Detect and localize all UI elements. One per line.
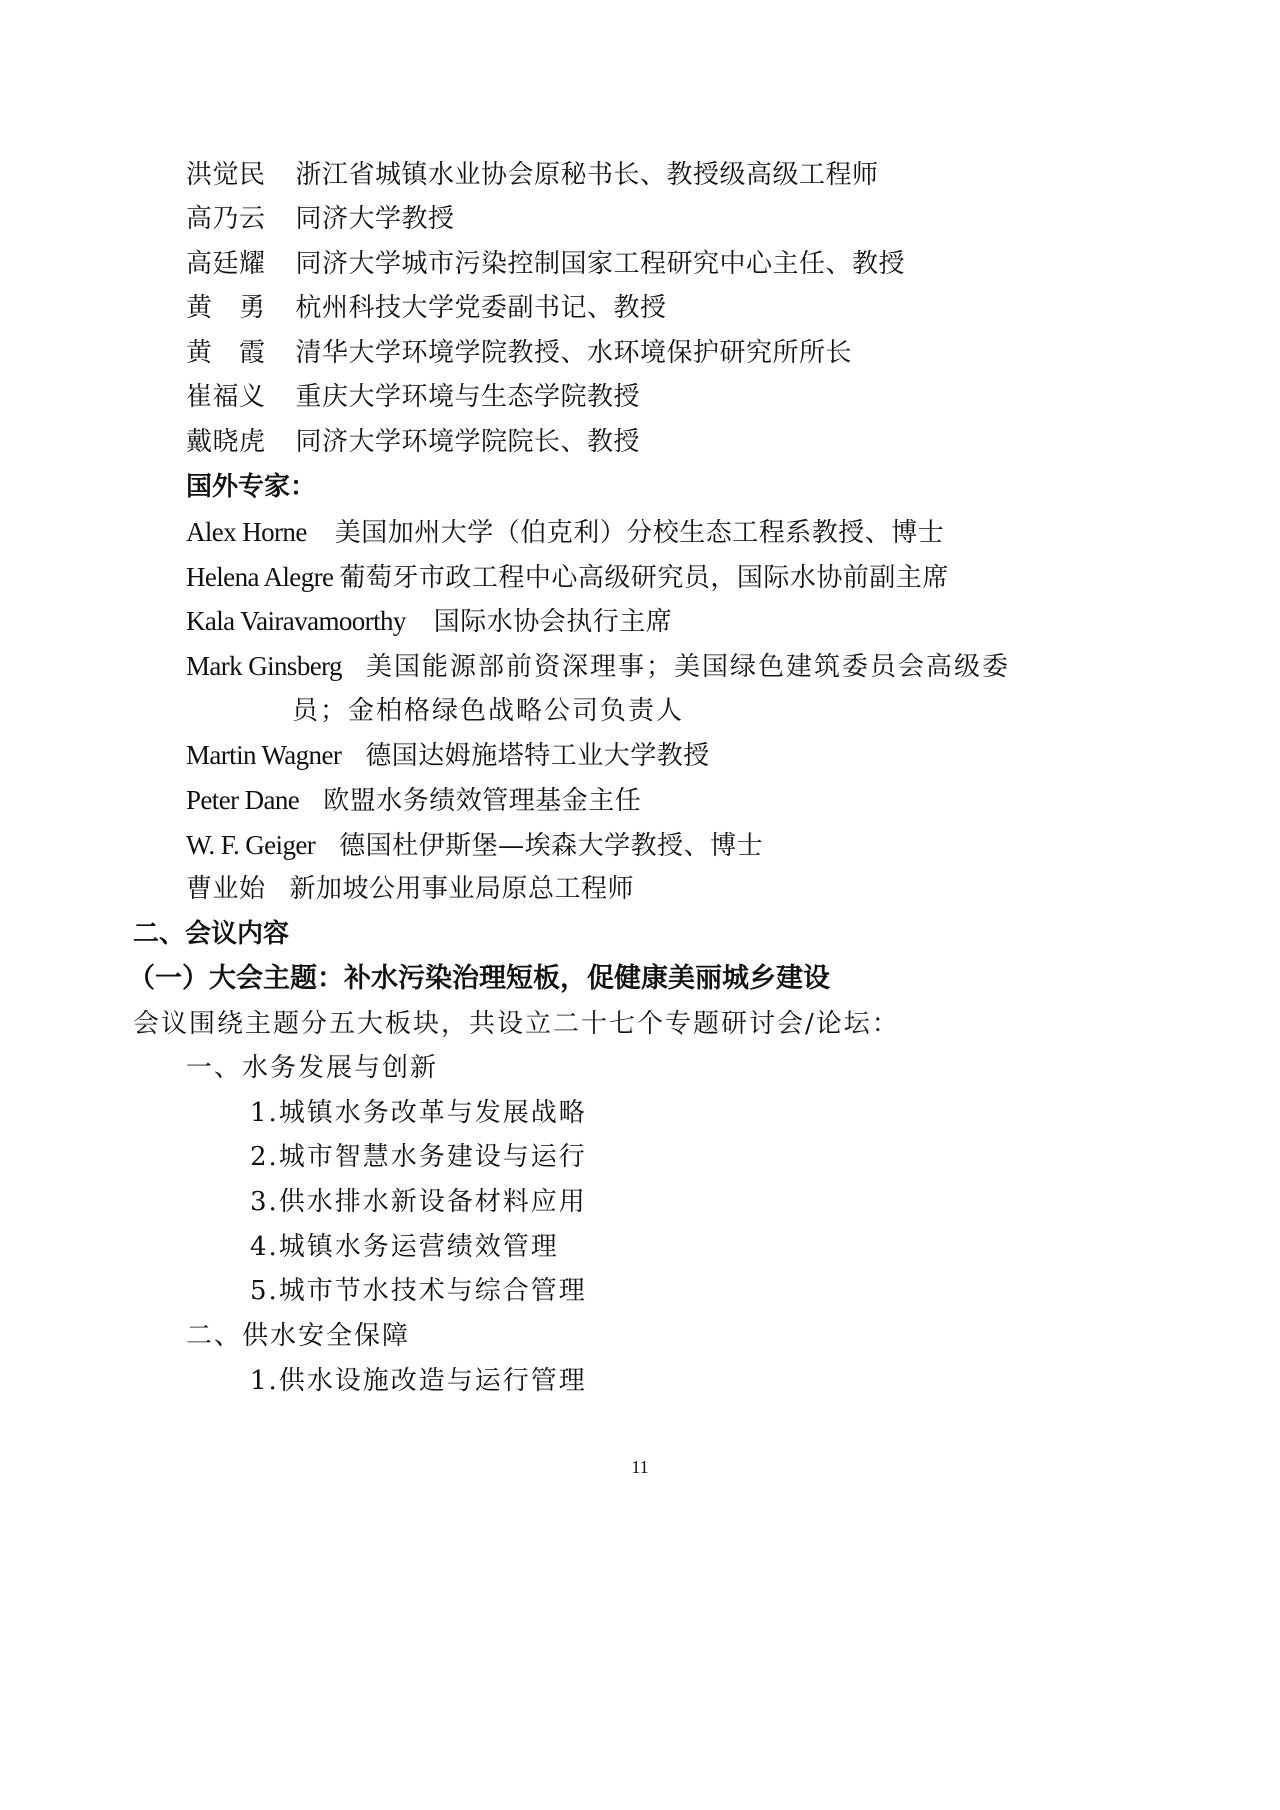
topic-item: 2.城市智慧水务建设与运行 [250, 1135, 587, 1179]
expert-title: 德国达姆施塔特工业大学教授 [365, 741, 710, 771]
expert-row: 崔福义重庆大学环境与生态学院教授 [186, 375, 640, 419]
page-number: 11 [0, 1455, 1280, 1479]
expert-name: Kala Vairavamoorthy [186, 606, 406, 636]
expert-row: Alex Horne美国加州大学（伯克利）分校生态工程系教授、博士 [186, 510, 944, 554]
expert-title: 欧盟水务绩效管理基金主任 [323, 786, 641, 816]
expert-name: 高乃云 [186, 204, 266, 234]
expert-name: Helena Alegre [186, 562, 333, 592]
expert-name: Mark Ginsberg [186, 651, 342, 681]
expert-title: 新加坡公用事业局原总工程师 [290, 874, 635, 904]
expert-title: 美国能源部前资深理事；美国绿色建筑委员会高级委 [366, 652, 1010, 682]
expert-title: 杭州科技大学党委副书记、教授 [296, 293, 667, 323]
document-page: 洪觉民浙江省城镇水业协会原秘书长、教授级高级工程师 高乃云同济大学教授 高廷耀同… [0, 0, 1280, 1810]
expert-name: Alex Horne [186, 517, 307, 547]
expert-row: W. F. Geiger德国杜伊斯堡—埃森大学教授、博士 [186, 823, 763, 867]
expert-title: 同济大学教授 [296, 204, 455, 234]
expert-row: Helena Alegre葡萄牙市政工程中心高级研究员，国际水协前副主席 [186, 555, 949, 599]
expert-title: 国际水协会执行主席 [434, 607, 673, 637]
expert-row: 黄 勇杭州科技大学党委副书记、教授 [186, 286, 667, 330]
section-subheading: （一）大会主题：补水污染治理短板，促健康美丽城乡建设 [128, 957, 830, 1001]
expert-name: 高廷耀 [186, 249, 266, 279]
expert-name: Martin Wagner [186, 740, 341, 770]
block-title: 二、供水安全保障 [186, 1314, 410, 1358]
topic-item: 4.城镇水务运营绩效管理 [250, 1225, 559, 1269]
expert-name: W. F. Geiger [186, 830, 315, 860]
expert-row: Mark Ginsberg美国能源部前资深理事；美国绿色建筑委员会高级委 [186, 644, 1010, 688]
expert-title: 同济大学环境学院院长、教授 [296, 427, 641, 457]
expert-row: 黄 霞清华大学环境学院教授、水环境保护研究所所长 [186, 331, 852, 375]
expert-name: 曹业始 [186, 874, 266, 904]
expert-title: 清华大学环境学院教授、水环境保护研究所所长 [296, 338, 853, 368]
expert-title: 德国杜伊斯堡—埃森大学教授、博士 [339, 831, 763, 861]
expert-row: Martin Wagner德国达姆施塔特工业大学教授 [186, 733, 710, 777]
expert-row: Kala Vairavamoorthy国际水协会执行主席 [186, 599, 672, 643]
expert-row: 曹业始新加坡公用事业局原总工程师 [186, 867, 634, 911]
expert-name: 洪觉民 [186, 160, 266, 190]
expert-name: 黄 勇 [186, 293, 266, 323]
expert-row: 洪觉民浙江省城镇水业协会原秘书长、教授级高级工程师 [186, 153, 879, 197]
topic-item: 3.供水排水新设备材料应用 [250, 1180, 587, 1224]
expert-name: 崔福义 [186, 382, 266, 412]
expert-title: 浙江省城镇水业协会原秘书长、教授级高级工程师 [296, 160, 879, 190]
expert-row: 高乃云同济大学教授 [186, 197, 455, 241]
expert-title: 美国加州大学（伯克利）分校生态工程系教授、博士 [335, 518, 945, 548]
expert-name: 戴晓虎 [186, 427, 266, 457]
expert-title: 重庆大学环境与生态学院教授 [296, 382, 641, 412]
expert-title-continuation: 员；金柏格绿色战略公司负责人 [292, 689, 684, 733]
expert-row: Peter Dane欧盟水务绩效管理基金主任 [186, 778, 641, 822]
foreign-experts-heading: 国外专家： [186, 465, 316, 509]
topic-item: 1.供水设施改造与运行管理 [250, 1359, 587, 1403]
expert-name: 黄 霞 [186, 338, 266, 368]
block-title: 一、水务发展与创新 [186, 1046, 438, 1090]
topic-item: 1.城镇水务改革与发展战略 [250, 1091, 587, 1135]
expert-name: Peter Dane [186, 785, 299, 815]
section-heading: 二、会议内容 [133, 912, 289, 956]
expert-title: 同济大学城市污染控制国家工程研究中心主任、教授 [296, 249, 906, 279]
section-intro: 会议围绕主题分五大板块，共设立二十七个专题研讨会/论坛： [133, 1002, 900, 1046]
expert-row: 戴晓虎同济大学环境学院院长、教授 [186, 420, 640, 464]
topic-item: 5.城市节水技术与综合管理 [250, 1269, 587, 1313]
expert-row: 高廷耀同济大学城市污染控制国家工程研究中心主任、教授 [186, 242, 905, 286]
expert-title: 葡萄牙市政工程中心高级研究员，国际水协前副主席 [339, 563, 949, 593]
